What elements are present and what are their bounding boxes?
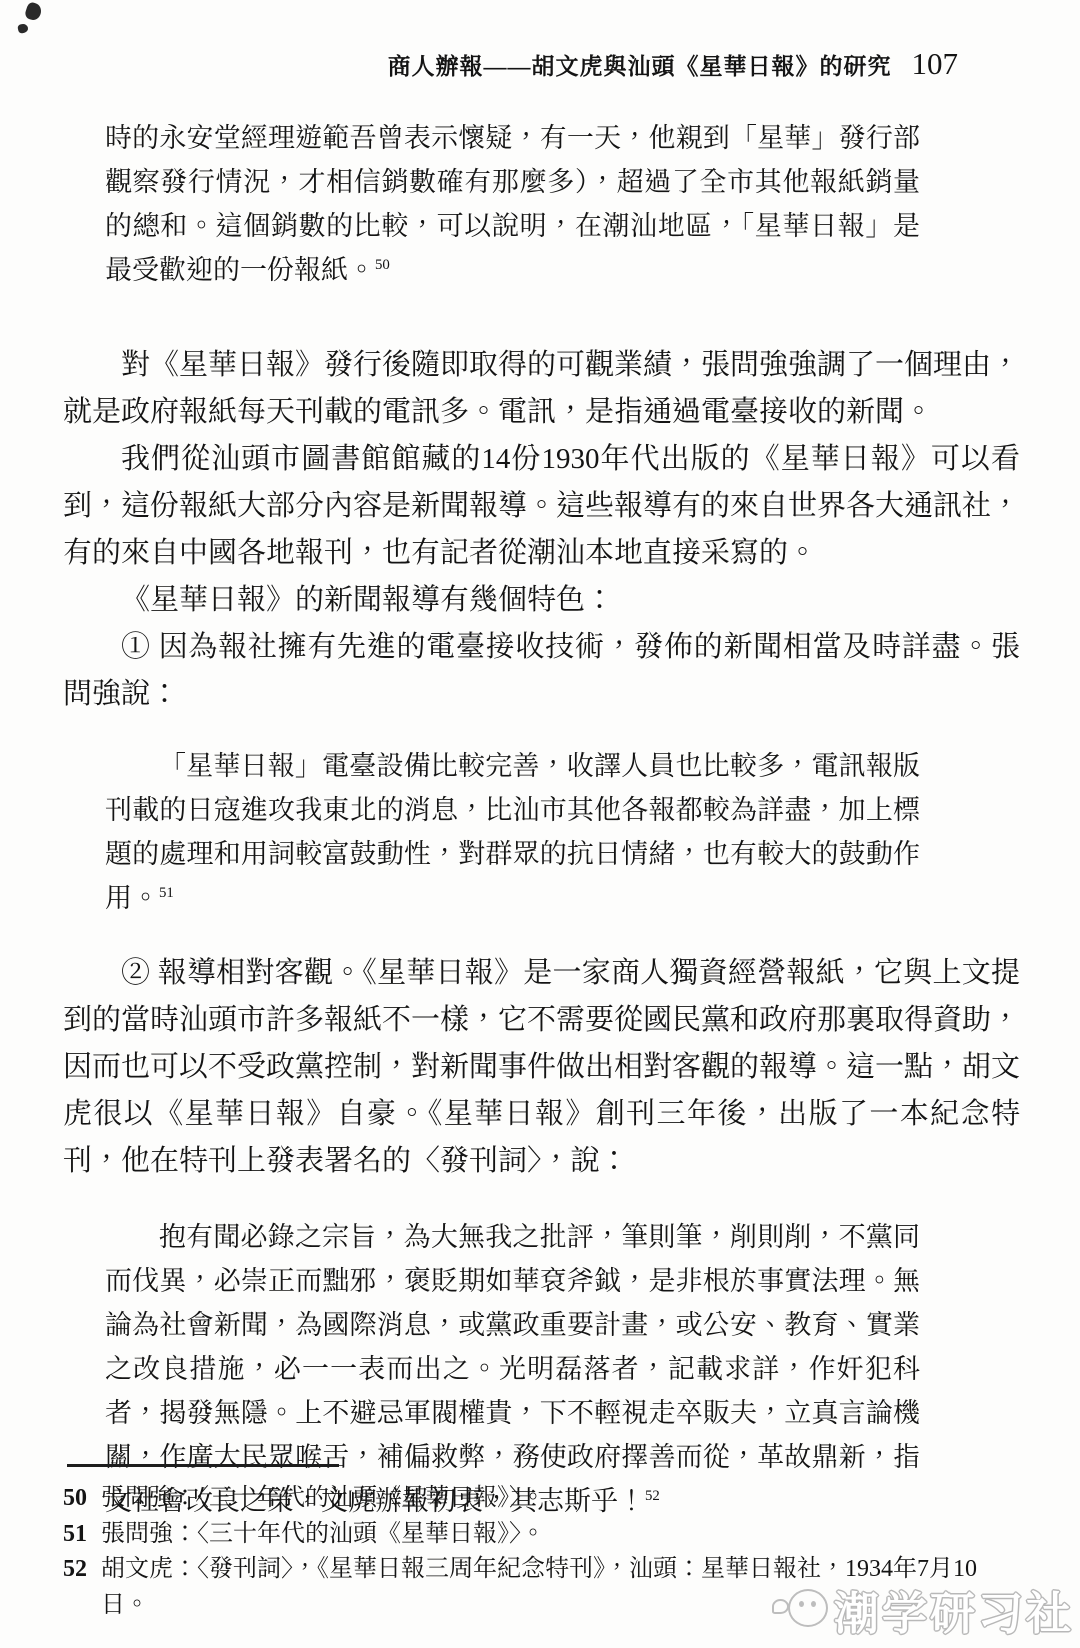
paragraph-5-item-2: ② 報導相對客觀。《星華日報》是一家商人獨資經營報紙，它與上文提到的當時汕頭市許… [63,950,1020,1185]
footnote-list: 50 張問強：〈三十年代的汕頭《星華日報》〉。 51 張問強：〈三十年代的汕頭《… [63,1481,1020,1623]
footnote-number: 52 [63,1552,101,1623]
paragraph-2: 我們從汕頭市圖書館館藏的14份1930年代出版的《星華日報》可以看到，這份報紙大… [63,436,1020,577]
footnote-ref-51: 51 [159,885,174,901]
footnote-text: 胡文虎：〈發刊詞〉，《星華日報三周年紀念特刊》，汕頭：星華日報社，1934年7月… [101,1552,1020,1623]
footnote-text: 張問強：〈三十年代的汕頭《星華日報》〉。 [101,1481,1020,1517]
scan-artifact [24,1,44,22]
page-number: 107 [912,46,959,82]
paragraph-4-item-1: ① 因為報社擁有先進的電臺接收技術，發佈的新聞相當及時詳盡。張問強說： [63,624,1020,718]
paragraph-3: 《星華日報》的新聞報導有幾個特色： [63,577,1020,624]
running-header: 商人辦報——胡文虎與汕頭《星華日報》的研究 107 [63,46,1020,82]
scan-artifact [17,23,29,34]
footnote-ref-50: 50 [375,257,390,273]
footnote-50: 50 張問強：〈三十年代的汕頭《星華日報》〉。 [63,1481,1020,1517]
footnotes-section: 50 張問強：〈三十年代的汕頭《星華日報》〉。 51 張問強：〈三十年代的汕頭《… [63,1464,1020,1623]
quote-block-1: 時的永安堂經理遊範吾曾表示懷疑，有一天，他親到「星華」發行部觀察發行情況，才相信… [105,116,920,292]
footnote-separator [67,1464,339,1467]
scanned-book-page: 商人辦報——胡文虎與汕頭《星華日報》的研究 107 時的永安堂經理遊範吾曾表示懷… [0,0,1080,1648]
quote-1-text: 時的永安堂經理遊範吾曾表示懷疑，有一天，他親到「星華」發行部觀察發行情況，才相信… [105,123,920,285]
footnote-number: 51 [63,1517,101,1553]
paragraph-1: 對《星華日報》發行後隨即取得的可觀業績，張問強強調了一個理由，就是政府報紙每天刊… [63,342,1020,436]
footnote-text: 張問強：〈三十年代的汕頭《星華日報》〉。 [101,1517,1020,1553]
running-head-title: 商人辦報——胡文虎與汕頭《星華日報》的研究 [388,48,892,81]
footnote-number: 50 [63,1481,101,1517]
footnote-52: 52 胡文虎：〈發刊詞〉，《星華日報三周年紀念特刊》，汕頭：星華日報社，1934… [63,1552,1020,1623]
quote-block-2: 「星華日報」電臺設備比較完善，收譯人員也比較多，電訊報版刊載的日寇進攻我東北的消… [105,744,920,920]
footnote-51: 51 張問強：〈三十年代的汕頭《星華日報》〉。 [63,1517,1020,1553]
quote-2-text: 「星華日報」電臺設備比較完善，收譯人員也比較多，電訊報版刊載的日寇進攻我東北的消… [105,751,920,913]
